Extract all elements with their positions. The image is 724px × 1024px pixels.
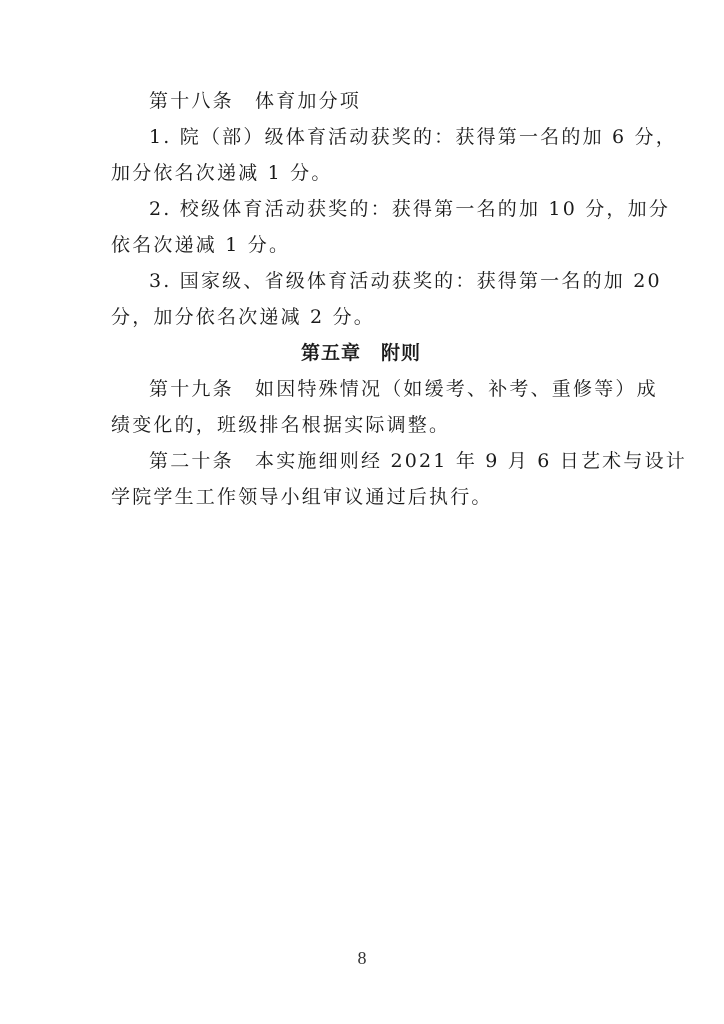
paragraph-line: 第二十条 本实施细则经 2021 年 9 月 6 日艺术与设计: [111, 443, 611, 479]
article-18-heading: 第十八条 体育加分项: [111, 83, 611, 119]
paragraph-line: 2. 校级体育活动获奖的：获得第一名的加 10 分，加分: [111, 191, 611, 227]
document-page: 第十八条 体育加分项 1. 院（部）级体育活动获奖的：获得第一名的加 6 分， …: [0, 0, 724, 1024]
article-18-item-3: 3. 国家级、省级体育活动获奖的：获得第一名的加 20 分，加分依名次递减 2 …: [111, 263, 611, 335]
article-18-item-1: 1. 院（部）级体育活动获奖的：获得第一名的加 6 分， 加分依名次递减 1 分…: [111, 119, 611, 191]
paragraph-line: 3. 国家级、省级体育活动获奖的：获得第一名的加 20: [111, 263, 611, 299]
paragraph-line: 1. 院（部）级体育活动获奖的：获得第一名的加 6 分，: [111, 119, 611, 155]
paragraph-line: 学院学生工作领导小组审议通过后执行。: [111, 479, 611, 515]
paragraph-line: 绩变化的，班级排名根据实际调整。: [111, 407, 611, 443]
article-19: 第十九条 如因特殊情况（如缓考、补考、重修等）成 绩变化的，班级排名根据实际调整…: [111, 371, 611, 443]
page-number: 8: [0, 948, 724, 969]
article-20: 第二十条 本实施细则经 2021 年 9 月 6 日艺术与设计 学院学生工作领导…: [111, 443, 611, 515]
paragraph-line: 分，加分依名次递减 2 分。: [111, 299, 611, 335]
paragraph-line: 加分依名次递减 1 分。: [111, 155, 611, 191]
chapter-5-title: 第五章 附则: [111, 335, 611, 371]
document-body: 第十八条 体育加分项 1. 院（部）级体育活动获奖的：获得第一名的加 6 分， …: [111, 83, 611, 515]
paragraph-line: 第十九条 如因特殊情况（如缓考、补考、重修等）成: [111, 371, 611, 407]
article-18-item-2: 2. 校级体育活动获奖的：获得第一名的加 10 分，加分 依名次递减 1 分。: [111, 191, 611, 263]
paragraph-line: 依名次递减 1 分。: [111, 227, 611, 263]
